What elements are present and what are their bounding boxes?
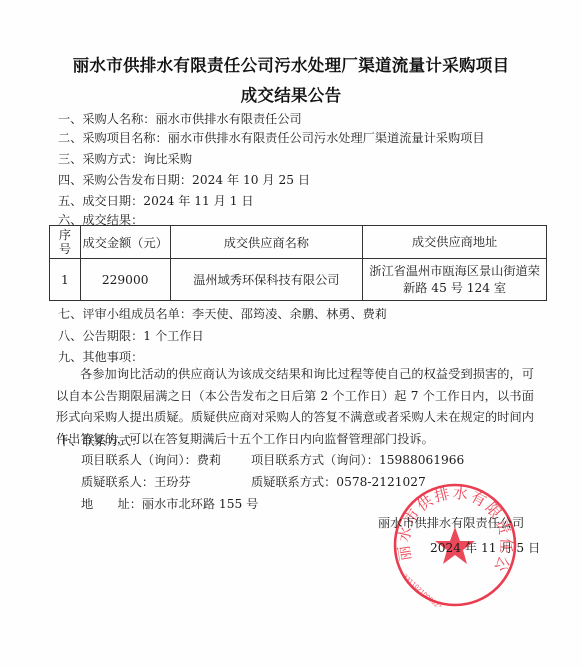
header-supplier-name: 成交供应商名称 xyxy=(170,226,363,259)
header-seq: 序 号 xyxy=(50,226,81,259)
signature-organization: 丽水市供排水有限责任公司 xyxy=(378,514,524,531)
document-subtitle: 成交结果公告 xyxy=(0,82,582,106)
signature-date: 2024 年 11 月 5 日 xyxy=(430,539,540,556)
project-contact-person: 项目联系人（询问）：费莉 xyxy=(81,451,221,468)
section-purchaser: 一、采购人名称：丽水市供排水有限责任公司 xyxy=(58,110,302,127)
challenge-contact-person: 质疑联系人：王玢芬 xyxy=(81,473,191,490)
section-procurement-method: 三、采购方式：询比采购 xyxy=(58,150,192,167)
cell-supplier: 温州域秀环保科技有限公司 xyxy=(170,259,363,301)
section-other-matters: 九、其他事项： xyxy=(58,348,143,365)
contact-address: 地 址：丽水市北环路 155 号 xyxy=(81,495,258,512)
document-title: 丽水市供排水有限责任公司污水处理厂渠道流量计采购项目 xyxy=(0,52,582,76)
project-contact-phone: 项目联系方式（询问）：15988061966 xyxy=(251,451,464,468)
header-supplier-address: 成交供应商地址 xyxy=(363,226,547,259)
svg-text:331102100082349: 331102100082349 xyxy=(401,573,448,607)
header-amount: 成交金额（元） xyxy=(80,226,170,259)
address-line1: 浙江省温州市瓯海区景山街道荣 xyxy=(369,264,540,278)
cell-amount: 229000 xyxy=(80,259,170,301)
header-seq-line2: 号 xyxy=(59,242,71,256)
section-review-panel: 七、评审小组成员名单：李天使、邵筠凌、余鹏、林勇、费莉 xyxy=(58,305,387,322)
section-notice-period: 八、公告期限：1 个工作日 xyxy=(58,327,204,344)
table-header-row: 序 号 成交金额（元） 成交供应商名称 成交供应商地址 xyxy=(50,226,547,259)
result-table: 序 号 成交金额（元） 成交供应商名称 成交供应商地址 1 229000 温州域… xyxy=(49,225,547,301)
cell-seq: 1 xyxy=(50,259,81,301)
section-announcement-date: 四、采购公告发布日期：2024 年 10 月 25 日 xyxy=(58,171,310,188)
cell-address: 浙江省温州市瓯海区景山街道荣 新路 45 号 124 室 xyxy=(363,259,547,301)
address-line2: 新路 45 号 124 室 xyxy=(403,281,506,295)
section-project-name: 二、采购项目名称：丽水市供排水有限责任公司污水处理厂渠道流量计采购项目 xyxy=(58,129,485,146)
header-seq-line1: 序 xyxy=(59,228,71,242)
section-contact-heading: 十、联系方式： xyxy=(58,432,143,449)
table-row: 1 229000 温州域秀环保科技有限公司 浙江省温州市瓯海区景山街道荣 新路 … xyxy=(50,259,547,301)
section-deal-date: 五、成交日期：2024 年 11 月 1 日 xyxy=(58,192,254,209)
